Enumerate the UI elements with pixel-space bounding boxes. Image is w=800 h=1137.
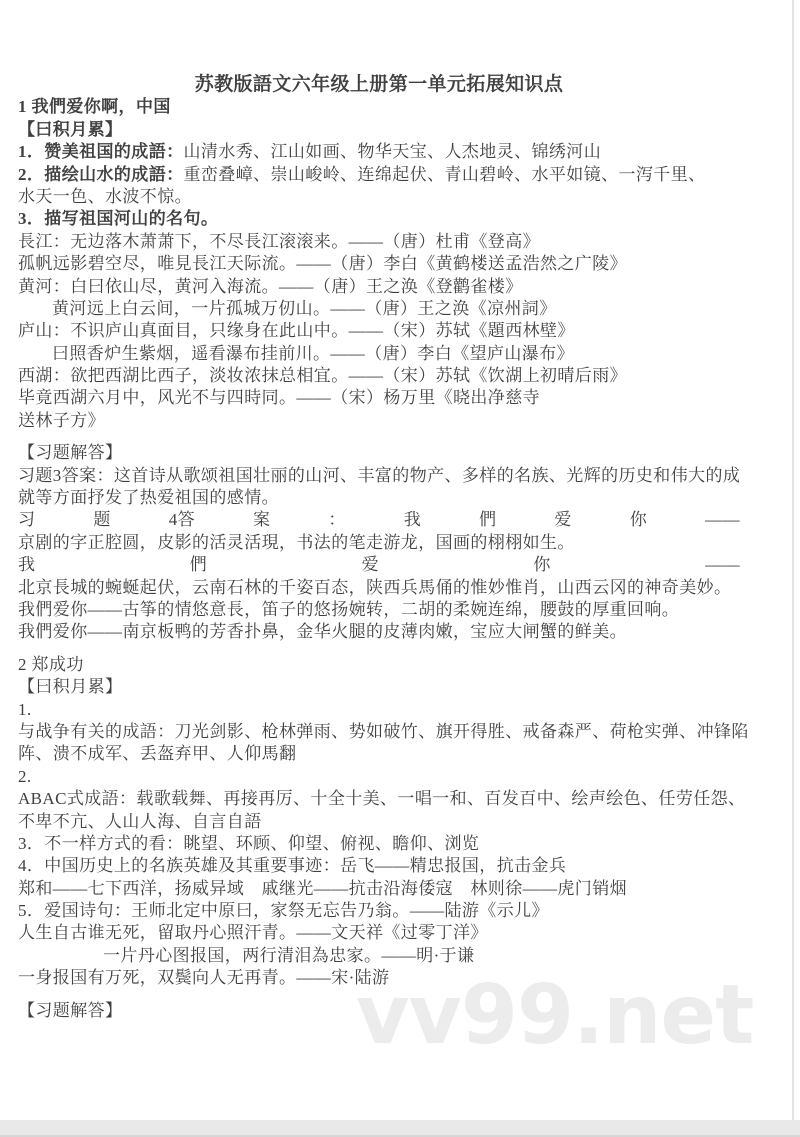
text-line: 黄河：白曰依山尽，黄河入海流。——（唐）王之涣《登鹳雀楼》 (18, 276, 740, 298)
text-line: 孤帆远影碧空尽，唯見長江天际流。——（唐）李白《黄鹤楼送孟浩然之广陵》 (18, 253, 740, 275)
text-line: 3．不一样方式的看：眺望、环顾、仰望、俯视、瞻仰、浏览 (18, 833, 740, 855)
text-segment: 【习题解答】 (18, 443, 122, 462)
text-segment: 人生自古谁无死，留取丹心照汗青。——文天祥《过零丁洋》 (18, 923, 488, 942)
text-line: 庐山：不识庐山真面目，只缘身在此山中。——（宋）苏轼《題西林壁》 (18, 320, 740, 342)
text-segment: ABAC式成語：载歌载舞、再接再厉、十全十美、一唱一和、百发百中、绘声绘色、任劳… (18, 789, 745, 808)
text-segment: 苏教版語文六年级上册第一单元拓展知识点 (195, 74, 564, 95)
bottom-bar (0, 1120, 800, 1137)
text-segment: 5．爱国诗句：王师北定中原曰，家祭无忘告乃翁。——陆游《示儿》 (18, 901, 549, 920)
text-line: 【曰积月累】 (18, 119, 740, 141)
text-segment: 京剧的字正腔圆，皮影的活灵活現，书法的笔走游龙，国画的栩栩如生。 (18, 533, 575, 552)
text-segment: 一片丹心图报国，两行清泪為忠家。——明·于谦 (103, 946, 474, 965)
text-segment: 我 (18, 554, 35, 576)
text-segment: 曰照香炉生紫烟，遥看瀑布挂前川。——（唐）李白《望庐山瀑布》 (52, 344, 574, 363)
text-line: 2．描绘山水的成語：重峦叠嶂、崇山峻岭、连绵起伏、青山碧岭、水平如镜、一泻千里、 (18, 164, 740, 186)
text-line: 送林子方》 (18, 410, 740, 432)
watermark: vv99.net (356, 966, 753, 1066)
text-segment: 山清水秀、江山如画、物华天宝、人杰地灵、锦绣河山 (184, 142, 602, 161)
text-line: 長江：无边落木萧萧下，不尽長江滚滚来。——（唐）杜甫《登高》 (18, 231, 740, 253)
text-line: 1 我們爱你啊，中国 (18, 96, 740, 118)
text-line: 曰照香炉生紫烟，遥看瀑布挂前川。——（唐）李白《望庐山瀑布》 (18, 343, 740, 365)
text-segment: 黄河远上白云间，一片孤城万仞山。——（唐）王之涣《凉州詞》 (52, 299, 557, 318)
text-segment: 郑和——七下西洋，扬威异域 戚继光——抗击沿海倭寇 林则徐——虎门销烟 (18, 879, 627, 898)
text-line: 5．爱国诗句：王师北定中原曰，家祭无忘告乃翁。——陆游《示儿》 (18, 900, 740, 922)
document-page: 苏教版語文六年级上册第一单元拓展知识点1 我們爱你啊，中国【曰积月累】1．赞美祖… (18, 74, 740, 1022)
text-segment: 4答 (169, 509, 195, 531)
text-segment: ： (328, 509, 345, 531)
text-line: 我們爱你——南京板鸭的芳香扑鼻，金华火腿的皮薄肉嫩，宝应大闸蟹的鲜美。 (18, 621, 740, 643)
text-segment: 不卑不亢、人山人海、自言自語 (18, 812, 262, 831)
text-line: 【习题解答】 (18, 442, 740, 464)
text-line: 与战争有关的成語：刀光剑影、枪林弹雨、势如破竹、旗开得胜、戒备森严、荷枪实弹、冲… (18, 721, 740, 743)
text-segment: 西湖：欲把西湖比西子，淡妆浓抹总相宜。——（宋）苏轼《饮湖上初晴后雨》 (18, 366, 627, 385)
text-segment: 爱 (554, 509, 571, 531)
blank-line (18, 644, 740, 654)
text-line: 2. (18, 766, 740, 788)
text-segment: 重峦叠嶂、崇山峻岭、连绵起伏、青山碧岭、水平如镜、一泻千里、 (184, 165, 706, 184)
text-line: 阵、溃不成军、丢盔弃甲、人仰馬翻 (18, 743, 740, 765)
text-segment: 题 (93, 509, 110, 531)
text-segment: 黄河：白曰依山尽，黄河入海流。——（唐）王之涣《登鹳雀楼》 (18, 277, 523, 296)
document-title: 苏教版語文六年级上册第一单元拓展知识点 (18, 74, 740, 96)
text-segment: 水天一色、水波不惊。 (18, 187, 192, 206)
text-segment: 送林子方》 (18, 411, 105, 430)
text-line: 西湖：欲把西湖比西子，淡妆浓抹总相宜。——（宋）苏轼《饮湖上初晴后雨》 (18, 365, 740, 387)
text-segment: 【曰积月累】 (18, 120, 122, 139)
text-segment: 3．描写祖国河山的名句。 (18, 209, 218, 228)
text-segment: 孤帆远影碧空尽，唯見長江天际流。——（唐）李白《黄鹤楼送孟浩然之广陵》 (18, 254, 627, 273)
text-segment: 我們爱你——古筝的情悠意長，笛子的悠扬婉转，二胡的柔婉连绵，腰鼓的厚重回响。 (18, 600, 679, 619)
text-segment: 与战争有关的成語：刀光剑影、枪林弹雨、势如破竹、旗开得胜、戒备森严、荷枪实弹、冲… (18, 722, 749, 741)
text-line: 【曰积月累】 (18, 676, 740, 698)
text-segment: 2 郑成功 (18, 655, 84, 674)
text-line: 人生自古谁无死，留取丹心照汗青。——文天祥《过零丁洋》 (18, 922, 740, 944)
text-line: 黄河远上白云间，一片孤城万仞山。——（唐）王之涣《凉州詞》 (18, 298, 740, 320)
text-segment: 庐山：不识庐山真面目，只缘身在此山中。——（宋）苏轼《題西林壁》 (18, 321, 575, 340)
text-segment: 【曰积月累】 (18, 677, 122, 696)
text-line: 3．描写祖国河山的名句。 (18, 208, 740, 230)
text-segment: 你 (630, 509, 647, 531)
text-line: 习题3答案：这首诗从歌颂祖国壮丽的山河、丰富的物产、多样的名族、光辉的历史和伟大… (18, 465, 740, 487)
text-line: 1．赞美祖国的成語：山清水秀、江山如画、物华天宝、人杰地灵、锦绣河山 (18, 141, 740, 163)
text-line: 4．中国历史上的名族英雄及其重要事迹：岳飞——精忠报国，抗击金兵 (18, 855, 740, 877)
text-line: 不卑不亢、人山人海、自言自語 (18, 811, 740, 833)
text-line: 1. (18, 699, 740, 721)
text-line: 郑和——七下西洋，扬威异域 戚继光——抗击沿海倭寇 林则徐——虎门销烟 (18, 878, 740, 900)
text-segment: 一身报国有万死，双鬓向人无再青。——宋·陆游 (18, 968, 389, 987)
text-line: 北京長城的蜿蜒起伏，云南石林的千姿百态，陕西兵馬俑的惟妙惟肖，山西云冈的神奇美妙… (18, 577, 740, 599)
text-segment: 長江：无边落木萧萧下，不尽長江滚滚来。——（唐）杜甫《登高》 (18, 232, 540, 251)
text-segment: 阵、溃不成军、丢盔弃甲、人仰馬翻 (18, 744, 296, 763)
text-line: 我們爱你——古筝的情悠意長，笛子的悠扬婉转，二胡的柔婉连绵，腰鼓的厚重回响。 (18, 599, 740, 621)
text-segment: 案 (253, 509, 270, 531)
text-segment: 习题3答案：这首诗从歌颂祖国壮丽的山河、丰富的物产、多样的名族、光辉的历史和伟大… (18, 466, 740, 485)
text-line: 2 郑成功 (18, 654, 740, 676)
text-segment: 3．不一样方式的看：眺望、环顾、仰望、俯视、瞻仰、浏览 (18, 834, 479, 853)
text-line: 毕竟西湖六月中，风光不与四時同。——（宋）杨万里《晓出净慈寺 (18, 387, 740, 409)
text-segment: 我 (404, 509, 421, 531)
text-line: 京剧的字正腔圆，皮影的活灵活現，书法的笔走游龙，国画的栩栩如生。 (18, 532, 740, 554)
text-segment: —— (705, 509, 740, 531)
page-edge-line (792, 0, 794, 1120)
text-segment: 們 (190, 554, 207, 576)
text-line: 我們爱你—— (18, 554, 740, 576)
text-segment: 毕竟西湖六月中，风光不与四時同。——（宋）杨万里《晓出净慈寺 (18, 388, 540, 407)
text-segment: 习 (18, 509, 35, 531)
blank-line (18, 432, 740, 442)
text-segment: 就等方面抒发了热爱祖国的感情。 (18, 488, 279, 507)
text-segment: 1 我們爱你啊，中国 (18, 97, 171, 116)
text-segment: 爱 (362, 554, 379, 576)
text-segment: 【习题解答】 (18, 1001, 122, 1020)
text-segment: 1. (18, 700, 32, 719)
text-segment: 1．赞美祖国的成語： (18, 142, 184, 161)
text-segment: 們 (479, 509, 496, 531)
text-line: 一片丹心图报国，两行清泪為忠家。——明·于谦 (18, 945, 740, 967)
text-segment: 我們爱你——南京板鸭的芳香扑鼻，金华火腿的皮薄肉嫩，宝应大闸蟹的鲜美。 (18, 622, 627, 641)
text-line: 习题4答案：我們爱你—— (18, 509, 740, 531)
text-segment: 你 (533, 554, 550, 576)
document-lines: 苏教版語文六年级上册第一单元拓展知识点1 我們爱你啊，中国【曰积月累】1．赞美祖… (18, 74, 740, 1022)
text-segment: 北京長城的蜿蜒起伏，云南石林的千姿百态，陕西兵馬俑的惟妙惟肖，山西云冈的神奇美妙… (18, 578, 731, 597)
text-line: ABAC式成語：载歌载舞、再接再厉、十全十美、一唱一和、百发百中、绘声绘色、任劳… (18, 788, 740, 810)
text-line: 水天一色、水波不惊。 (18, 186, 740, 208)
text-segment: 4．中国历史上的名族英雄及其重要事迹：岳飞——精忠报国，抗击金兵 (18, 856, 566, 875)
text-segment: —— (705, 554, 740, 576)
text-line: 就等方面抒发了热爱祖国的感情。 (18, 487, 740, 509)
text-segment: 2. (18, 767, 32, 786)
text-segment: 2．描绘山水的成語： (18, 165, 184, 184)
